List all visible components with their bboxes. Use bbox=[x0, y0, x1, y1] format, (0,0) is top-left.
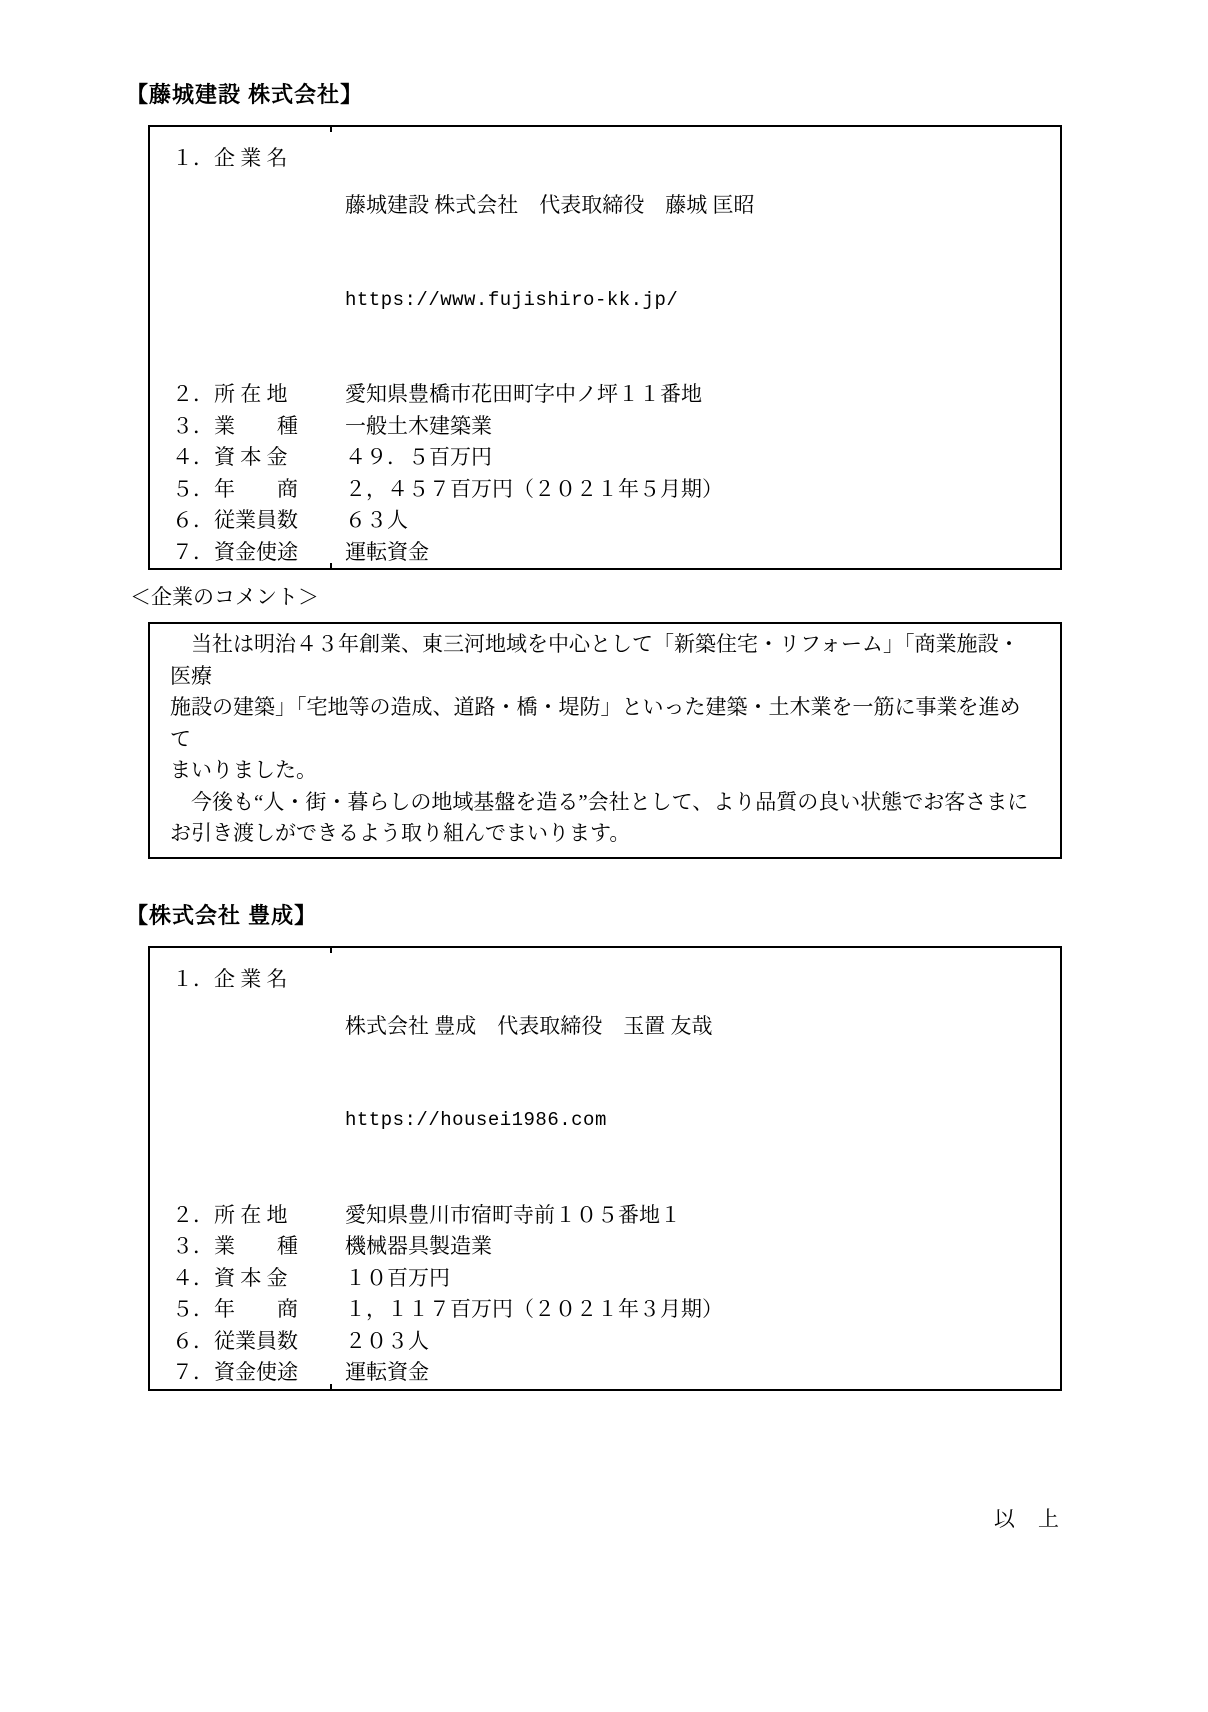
section-heading: 【藤城建設 株式会社】 bbox=[126, 80, 1208, 110]
table-row: １．企 業 名 株式会社 豊成 代表取締役 玉置 友哉 https://hous… bbox=[150, 948, 1060, 1200]
row-value: １０百万円 bbox=[330, 1263, 1060, 1295]
company-section-fujishiro: 【藤城建設 株式会社】 １．企 業 名 藤城建設 株式会社 代表取締役 藤城 匡… bbox=[148, 80, 1208, 859]
table-row: ２．所 在 地 愛知県豊橋市花田町字中ノ坪１１番地 bbox=[150, 379, 1060, 411]
closing-mark: 以 上 bbox=[148, 1503, 1062, 1533]
row-value: 藤城建設 株式会社 代表取締役 藤城 匡昭 https://www.fujish… bbox=[330, 127, 1060, 379]
company-url: https://www.fujishiro-kk.jp/ bbox=[345, 285, 1060, 317]
comment-heading: ＜企業のコメント＞ bbox=[130, 582, 1208, 612]
company-comment-box: 当社は明治４３年創業、東三河地域を中心として「新築住宅・リフォーム」「商業施設・… bbox=[148, 622, 1062, 859]
row-value: 愛知県豊橋市花田町字中ノ坪１１番地 bbox=[330, 379, 1060, 411]
row-label: ４．資 本 金 bbox=[150, 442, 330, 474]
row-value: 機械器具製造業 bbox=[330, 1231, 1060, 1263]
column-divider-tick bbox=[330, 563, 332, 568]
row-value: 株式会社 豊成 代表取締役 玉置 友哉 https://housei1986.c… bbox=[330, 948, 1060, 1200]
row-label: ７．資金使途 bbox=[150, 1357, 330, 1389]
comment-line: 施設の建築」「宅地等の造成、道路・橋・堤防」といった建築・土木業を一筋に事業を進… bbox=[170, 692, 1040, 755]
row-label: ６．従業員数 bbox=[150, 505, 330, 537]
row-value: 愛知県豊川市宿町寺前１０５番地１ bbox=[330, 1200, 1060, 1232]
company-url: https://housei1986.com bbox=[345, 1105, 1060, 1137]
row-label: ６．従業員数 bbox=[150, 1326, 330, 1358]
table-row: １．企 業 名 藤城建設 株式会社 代表取締役 藤城 匡昭 https://ww… bbox=[150, 127, 1060, 379]
table-row: ４．資 本 金 ４９．５百万円 bbox=[150, 442, 1060, 474]
comment-line: 当社は明治４３年創業、東三河地域を中心として「新築住宅・リフォーム」「商業施設・… bbox=[170, 629, 1040, 692]
row-label: ４．資 本 金 bbox=[150, 1263, 330, 1295]
table-row: ３．業 種 一般土木建築業 bbox=[150, 411, 1060, 443]
table-row: ７．資金使途 運転資金 bbox=[150, 1357, 1060, 1389]
company-info-table: １．企 業 名 株式会社 豊成 代表取締役 玉置 友哉 https://hous… bbox=[148, 946, 1062, 1391]
comment-line: まいりました。 bbox=[170, 755, 1040, 787]
row-label: ５．年 商 bbox=[150, 474, 330, 506]
row-value: 運転資金 bbox=[330, 537, 1060, 569]
row-label: ３．業 種 bbox=[150, 411, 330, 443]
column-divider-tick bbox=[330, 127, 332, 132]
row-label: ２．所 在 地 bbox=[150, 379, 330, 411]
company-section-housei: 【株式会社 豊成】 １．企 業 名 株式会社 豊成 代表取締役 玉置 友哉 ht… bbox=[148, 901, 1208, 1391]
row-value: ２０３人 bbox=[330, 1326, 1060, 1358]
table-row: ６．従業員数 ６３人 bbox=[150, 505, 1060, 537]
comment-line: 今後も“人・街・暮らしの地域基盤を造る”会社として、より品質の良い状態でお客さま… bbox=[170, 787, 1040, 819]
row-value: 一般土木建築業 bbox=[330, 411, 1060, 443]
row-label: ３．業 種 bbox=[150, 1231, 330, 1263]
row-value: ２，４５７百万円（２０２１年５月期） bbox=[330, 474, 1060, 506]
document-page: 【藤城建設 株式会社】 １．企 業 名 藤城建設 株式会社 代表取締役 藤城 匡… bbox=[0, 0, 1208, 1712]
table-row: ６．従業員数 ２０３人 bbox=[150, 1326, 1060, 1358]
table-row: ２．所 在 地 愛知県豊川市宿町寺前１０５番地１ bbox=[150, 1200, 1060, 1232]
table-row: ５．年 商 ２，４５７百万円（２０２１年５月期） bbox=[150, 474, 1060, 506]
comment-line: お引き渡しができるよう取り組んでまいります。 bbox=[170, 818, 1040, 850]
row-label: ２．所 在 地 bbox=[150, 1200, 330, 1232]
column-divider-tick bbox=[330, 1384, 332, 1389]
row-label: １．企 業 名 bbox=[150, 948, 330, 1200]
row-value: ４９．５百万円 bbox=[330, 442, 1060, 474]
row-value: ６３人 bbox=[330, 505, 1060, 537]
row-value: 運転資金 bbox=[330, 1357, 1060, 1389]
row-label: １．企 業 名 bbox=[150, 127, 330, 379]
company-name-line: 藤城建設 株式会社 代表取締役 藤城 匡昭 bbox=[345, 190, 1060, 222]
table-row: ５．年 商 １，１１７百万円（２０２１年３月期） bbox=[150, 1294, 1060, 1326]
row-label: ７．資金使途 bbox=[150, 537, 330, 569]
row-value: １，１１７百万円（２０２１年３月期） bbox=[330, 1294, 1060, 1326]
company-name-line: 株式会社 豊成 代表取締役 玉置 友哉 bbox=[345, 1011, 1060, 1043]
column-divider-tick bbox=[330, 948, 332, 953]
row-label: ５．年 商 bbox=[150, 1294, 330, 1326]
table-row: ３．業 種 機械器具製造業 bbox=[150, 1231, 1060, 1263]
table-row: ７．資金使途 運転資金 bbox=[150, 537, 1060, 569]
section-heading: 【株式会社 豊成】 bbox=[126, 901, 1208, 931]
table-row: ４．資 本 金 １０百万円 bbox=[150, 1263, 1060, 1295]
company-info-table: １．企 業 名 藤城建設 株式会社 代表取締役 藤城 匡昭 https://ww… bbox=[148, 125, 1062, 570]
